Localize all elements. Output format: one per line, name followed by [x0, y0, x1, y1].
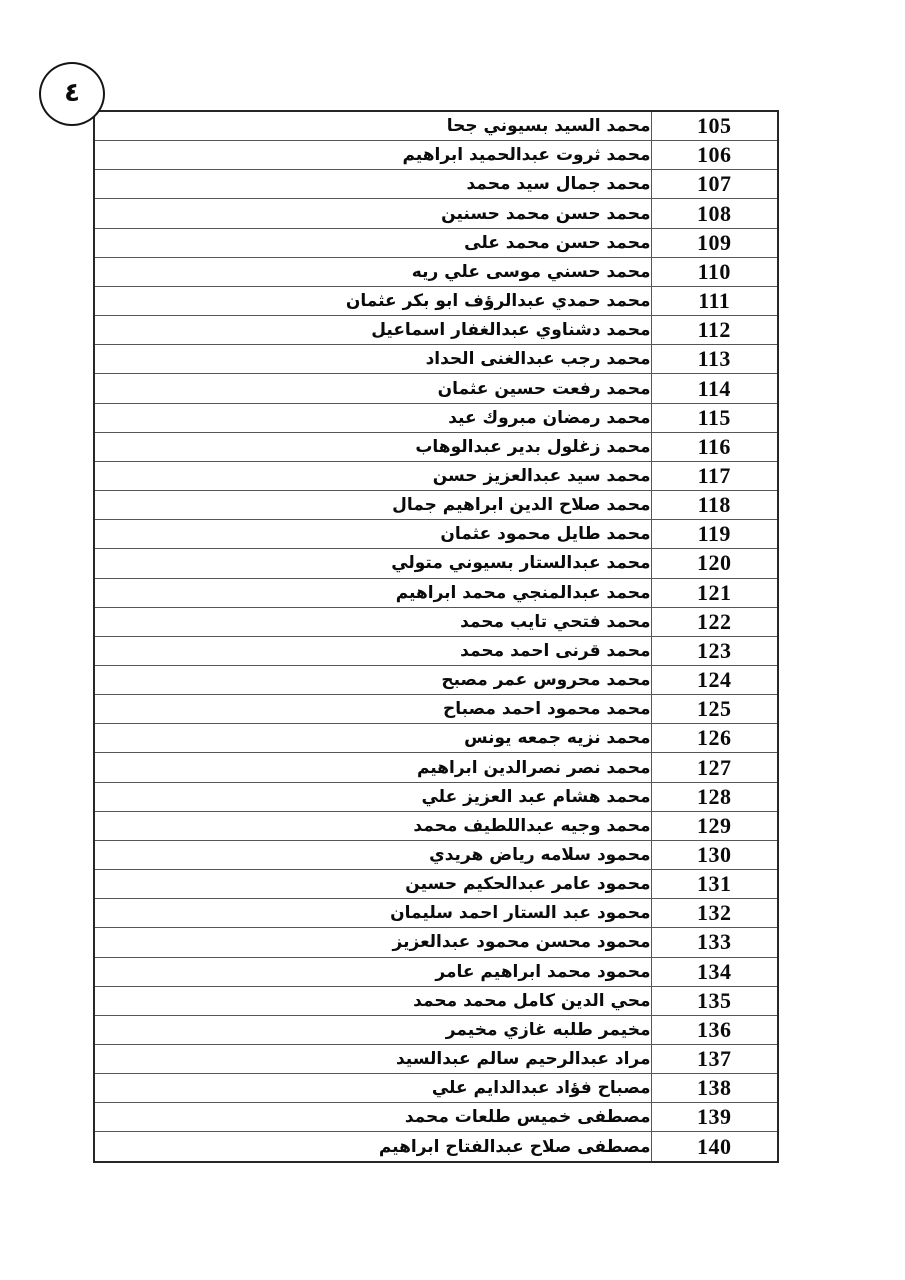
number-cell: 105: [651, 111, 778, 141]
name-cell: محمد زغلول بدير عبدالوهاب: [94, 432, 651, 461]
number-cell: 115: [651, 403, 778, 432]
number-cell: 131: [651, 870, 778, 899]
name-cell: محمد صلاح الدين ابراهيم جمال: [94, 491, 651, 520]
table-row: محمد قرنى احمد محمد 123: [94, 636, 778, 665]
name-cell: محمد السيد بسيوني جحا: [94, 111, 651, 141]
number-cell: 128: [651, 782, 778, 811]
number-cell: 139: [651, 1103, 778, 1132]
name-cell: محمد رمضان مبروك عيد: [94, 403, 651, 432]
table-row: محمد زغلول بدير عبدالوهاب 116: [94, 432, 778, 461]
number-cell: 107: [651, 170, 778, 199]
table-row: محمد ثروت عبدالحميد ابراهيم 106: [94, 141, 778, 170]
number-cell: 140: [651, 1132, 778, 1162]
number-cell: 132: [651, 899, 778, 928]
table-row: محمود سلامه رياض هريدي 130: [94, 840, 778, 869]
number-cell: 111: [651, 286, 778, 315]
table-row: محمد رجب عبدالغنى الحداد 113: [94, 345, 778, 374]
page-number-badge: ٤: [39, 62, 105, 126]
name-cell: محمد محروس عمر مصبح: [94, 665, 651, 694]
name-cell: مصطفى صلاح عبدالفتاح ابراهيم: [94, 1132, 651, 1162]
number-cell: 110: [651, 257, 778, 286]
name-cell: محمد حسني موسى علي ريه: [94, 257, 651, 286]
table-row: محمد حسن محمد حسنين 108: [94, 199, 778, 228]
names-table-body: محمد السيد بسيوني جحا 105 محمد ثروت عبدا…: [94, 111, 778, 1162]
number-cell: 108: [651, 199, 778, 228]
number-cell: 120: [651, 549, 778, 578]
table-row: محمد وجيه عبداللطيف محمد 129: [94, 811, 778, 840]
table-row: محمود محسن محمود عبدالعزيز 133: [94, 928, 778, 957]
name-cell: محمود محسن محمود عبدالعزيز: [94, 928, 651, 957]
table-row: محمد عبدالمنجي محمد ابراهيم 121: [94, 578, 778, 607]
number-cell: 121: [651, 578, 778, 607]
number-cell: 126: [651, 724, 778, 753]
table-row: محمد حسن محمد على 109: [94, 228, 778, 257]
table-row: محمد محمود احمد مصباح 125: [94, 695, 778, 724]
number-cell: 129: [651, 811, 778, 840]
table-row: محمد حمدي عبدالرؤف ابو بكر عثمان 111: [94, 286, 778, 315]
number-cell: 125: [651, 695, 778, 724]
name-cell: محمود عبد الستار احمد سليمان: [94, 899, 651, 928]
table-row: مصطفى صلاح عبدالفتاح ابراهيم 140: [94, 1132, 778, 1162]
number-cell: 124: [651, 665, 778, 694]
table-row: محمد رفعت حسين عثمان 114: [94, 374, 778, 403]
name-cell: محمد عبدالمنجي محمد ابراهيم: [94, 578, 651, 607]
table-row: محمد نزيه جمعه يونس 126: [94, 724, 778, 753]
names-table: محمد السيد بسيوني جحا 105 محمد ثروت عبدا…: [93, 110, 779, 1163]
name-cell: محي الدين كامل محمد محمد: [94, 986, 651, 1015]
table-row: محمد هشام عبد العزيز علي 128: [94, 782, 778, 811]
name-cell: محمد محمود احمد مصباح: [94, 695, 651, 724]
name-cell: محمد حسن محمد حسنين: [94, 199, 651, 228]
table-row: محمود عبد الستار احمد سليمان 132: [94, 899, 778, 928]
number-cell: 118: [651, 491, 778, 520]
name-cell: محمد عبدالستار بسيوني متولي: [94, 549, 651, 578]
name-cell: محمود محمد ابراهيم عامر: [94, 957, 651, 986]
name-cell: محمد هشام عبد العزيز علي: [94, 782, 651, 811]
number-cell: 130: [651, 840, 778, 869]
number-cell: 116: [651, 432, 778, 461]
table-row: محمد السيد بسيوني جحا 105: [94, 111, 778, 141]
name-cell: محمد رجب عبدالغنى الحداد: [94, 345, 651, 374]
name-cell: مراد عبدالرحيم سالم عبدالسيد: [94, 1045, 651, 1074]
number-cell: 123: [651, 636, 778, 665]
page-number: ٤: [64, 80, 80, 106]
name-cell: محمد جمال سيد محمد: [94, 170, 651, 199]
table-row: محمد حسني موسى علي ريه 110: [94, 257, 778, 286]
table-row: محمد عبدالستار بسيوني متولي 120: [94, 549, 778, 578]
name-cell: محمود سلامه رياض هريدي: [94, 840, 651, 869]
name-cell: محمد حمدي عبدالرؤف ابو بكر عثمان: [94, 286, 651, 315]
name-cell: محمد طايل محمود عثمان: [94, 520, 651, 549]
name-cell: محمد وجيه عبداللطيف محمد: [94, 811, 651, 840]
name-cell: مصباح فؤاد عبدالدايم علي: [94, 1074, 651, 1103]
name-cell: محمد ثروت عبدالحميد ابراهيم: [94, 141, 651, 170]
table-row: محمد جمال سيد محمد 107: [94, 170, 778, 199]
name-cell: محمد نزيه جمعه يونس: [94, 724, 651, 753]
name-cell: محمد قرنى احمد محمد: [94, 636, 651, 665]
table-row: محمد نصر نصرالدين ابراهيم 127: [94, 753, 778, 782]
table-row: محمود محمد ابراهيم عامر 134: [94, 957, 778, 986]
number-cell: 109: [651, 228, 778, 257]
number-cell: 112: [651, 316, 778, 345]
name-cell: محمد نصر نصرالدين ابراهيم: [94, 753, 651, 782]
table-row: محمد طايل محمود عثمان 119: [94, 520, 778, 549]
number-cell: 117: [651, 461, 778, 490]
table-row: محمد سيد عبدالعزيز حسن 117: [94, 461, 778, 490]
table-row: مراد عبدالرحيم سالم عبدالسيد 137: [94, 1045, 778, 1074]
number-cell: 113: [651, 345, 778, 374]
name-cell: مصطفى خميس طلعات محمد: [94, 1103, 651, 1132]
name-cell: محمد فتحي تايب محمد: [94, 607, 651, 636]
document-page: ٤ محمد السيد بسيوني جحا 105 محمد ثروت عب…: [0, 0, 905, 1280]
number-cell: 134: [651, 957, 778, 986]
number-cell: 122: [651, 607, 778, 636]
table-row: محمد فتحي تايب محمد 122: [94, 607, 778, 636]
number-cell: 133: [651, 928, 778, 957]
name-cell: محمد دشناوي عبدالغفار اسماعيل: [94, 316, 651, 345]
number-cell: 135: [651, 986, 778, 1015]
table-row: محمد دشناوي عبدالغفار اسماعيل 112: [94, 316, 778, 345]
number-cell: 119: [651, 520, 778, 549]
name-cell: محمد سيد عبدالعزيز حسن: [94, 461, 651, 490]
name-cell: مخيمر طلبه غازي مخيمر: [94, 1015, 651, 1044]
table-row: محمد محروس عمر مصبح 124: [94, 665, 778, 694]
number-cell: 127: [651, 753, 778, 782]
number-cell: 106: [651, 141, 778, 170]
name-cell: محمود عامر عبدالحكيم حسين: [94, 870, 651, 899]
table-row: مصطفى خميس طلعات محمد 139: [94, 1103, 778, 1132]
number-cell: 136: [651, 1015, 778, 1044]
table-row: محي الدين كامل محمد محمد 135: [94, 986, 778, 1015]
number-cell: 138: [651, 1074, 778, 1103]
table-row: مصباح فؤاد عبدالدايم علي 138: [94, 1074, 778, 1103]
table-row: محمود عامر عبدالحكيم حسين 131: [94, 870, 778, 899]
name-cell: محمد رفعت حسين عثمان: [94, 374, 651, 403]
number-cell: 114: [651, 374, 778, 403]
name-cell: محمد حسن محمد على: [94, 228, 651, 257]
table-row: محمد رمضان مبروك عيد 115: [94, 403, 778, 432]
table-row: مخيمر طلبه غازي مخيمر 136: [94, 1015, 778, 1044]
number-cell: 137: [651, 1045, 778, 1074]
table-row: محمد صلاح الدين ابراهيم جمال 118: [94, 491, 778, 520]
